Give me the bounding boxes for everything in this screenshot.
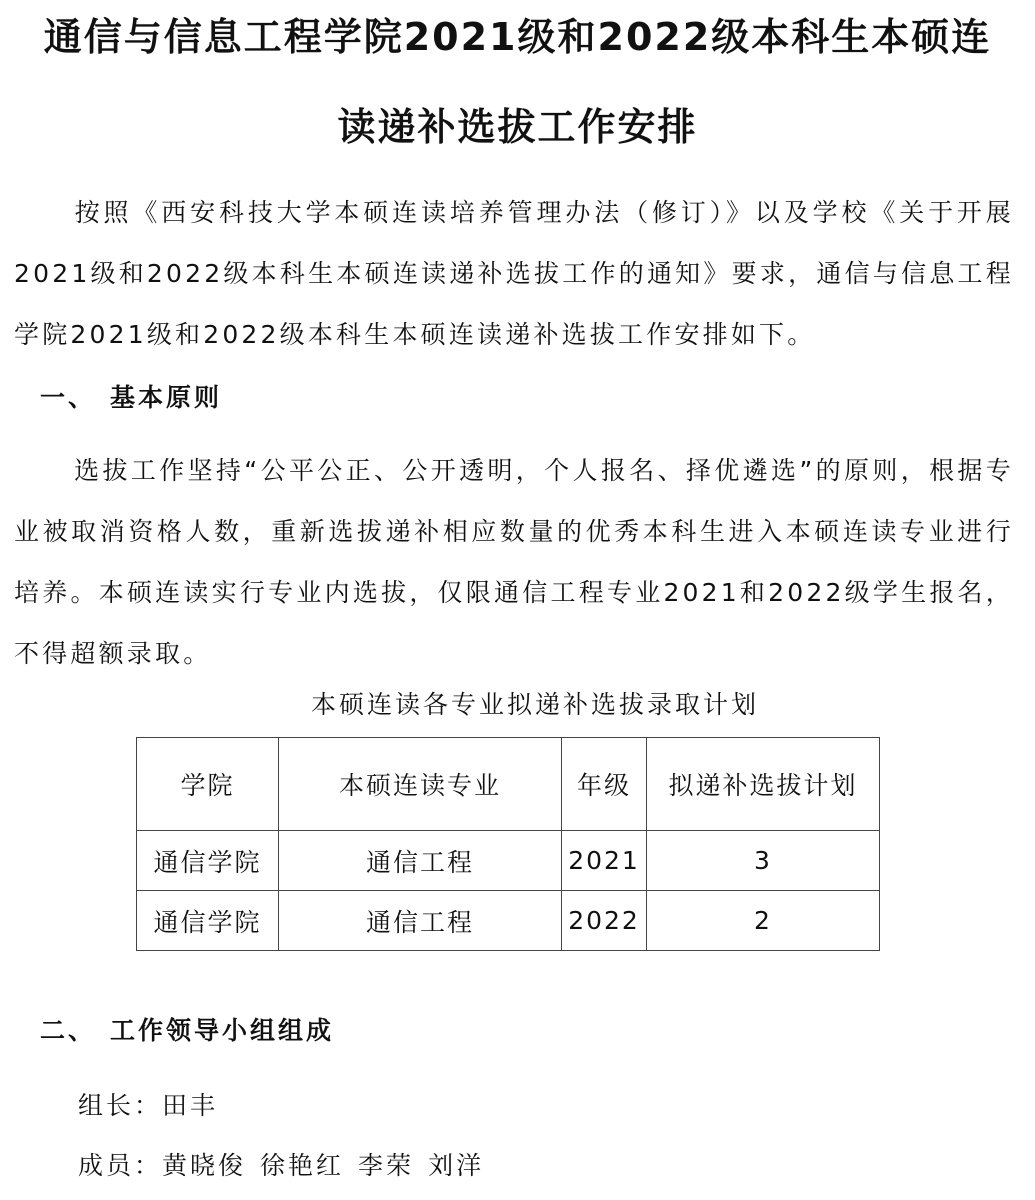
member-name: 刘洋 (428, 1151, 484, 1180)
section-2-heading: 二、工作领导小组组成 (40, 1018, 334, 1043)
table-caption: 本硕连读各专业拟递补选拔录取计划 (0, 692, 1035, 717)
leader-name: 田丰 (162, 1091, 218, 1120)
cell-grade: 2021 (562, 831, 647, 891)
group-leader-line: 组长：田丰 (78, 1093, 218, 1118)
members-label: 成员： (78, 1151, 162, 1180)
cell-college: 通信学院 (137, 831, 279, 891)
document-title-line-1: 通信与信息工程学院2021级和2022级本科生本硕连 (0, 18, 1035, 56)
section-2-number: 二、 (40, 1018, 110, 1043)
table-row: 通信学院 通信工程 2021 3 (137, 831, 880, 891)
cell-major: 通信工程 (279, 831, 562, 891)
table-header-row: 学院 本硕连读专业 年级 拟递补选拔计划 (137, 738, 880, 831)
member-name: 李荣 (358, 1151, 414, 1180)
section-1-title: 基本原则 (110, 383, 222, 412)
principle-paragraph-text: 选拔工作坚持“公平公正、公开透明，个人报名、择优遴选”的原则，根据专业被取消资格… (14, 456, 1014, 668)
group-members-line: 成员：黄晓俊徐艳红李荣刘洋 (78, 1153, 484, 1178)
header-plan: 拟递补选拔计划 (647, 738, 880, 831)
header-college: 学院 (137, 738, 279, 831)
cell-plan: 2 (647, 891, 880, 951)
leader-label: 组长： (78, 1091, 162, 1120)
admission-plan-table: 学院 本硕连读专业 年级 拟递补选拔计划 通信学院 通信工程 2021 3 通信… (136, 737, 880, 951)
section-2-title: 工作领导小组组成 (110, 1016, 334, 1045)
section-1-heading: 一、基本原则 (40, 385, 222, 410)
header-grade: 年级 (562, 738, 647, 831)
header-major: 本硕连读专业 (279, 738, 562, 831)
cell-college: 通信学院 (137, 891, 279, 951)
principle-paragraph: 选拔工作坚持“公平公正、公开透明，个人报名、择优遴选”的原则，根据专业被取消资格… (14, 440, 1014, 684)
intro-paragraph: 按照《西安科技大学本硕连读培养管理办法（修订）》以及学校《关于开展2021级和2… (14, 182, 1014, 365)
cell-major: 通信工程 (279, 891, 562, 951)
cell-plan: 3 (647, 831, 880, 891)
table-row: 通信学院 通信工程 2022 2 (137, 891, 880, 951)
member-name: 黄晓俊 (162, 1151, 246, 1180)
document-title-line-2: 读递补选拔工作安排 (0, 108, 1035, 146)
section-1-number: 一、 (40, 385, 110, 410)
intro-paragraph-text: 按照《西安科技大学本硕连读培养管理办法（修订）》以及学校《关于开展2021级和2… (14, 198, 1014, 349)
member-name: 徐艳红 (260, 1151, 344, 1180)
cell-grade: 2022 (562, 891, 647, 951)
